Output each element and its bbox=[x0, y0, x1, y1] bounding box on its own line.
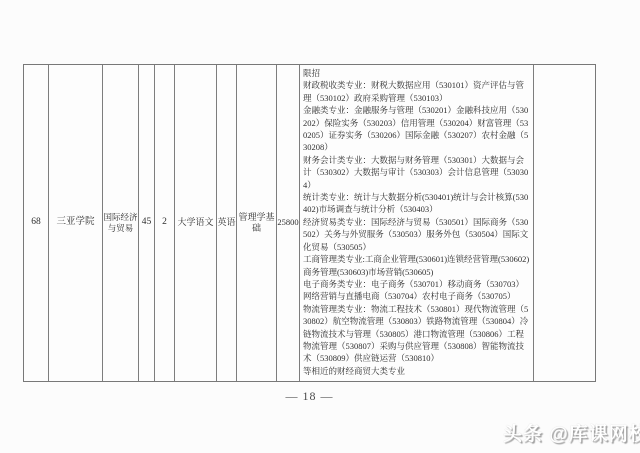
cell-remarks-empty bbox=[534, 65, 595, 381]
requirement-line: 经济贸易类专业：国际经济与贸易（530501）国际商务（530502）关务与外贸… bbox=[303, 216, 530, 253]
admission-table: 68 三亚学院 国际经济与贸易 45 2 大学语文 英语 管理学基础 25800… bbox=[23, 64, 596, 382]
exam-subject-3: 管理学基础 bbox=[237, 212, 276, 235]
requirement-line: 限招 bbox=[303, 67, 530, 79]
requirement-line: 财务会计类专业：大数据与财务管理（530301）大数据与会计（530302）大数… bbox=[303, 154, 530, 191]
major-name: 国际经济与贸易 bbox=[103, 212, 138, 235]
cell-college: 三亚学院 bbox=[49, 65, 103, 381]
cell-tuition: 25800 bbox=[277, 65, 300, 381]
requirement-line: 统计类专业：统计与大数据分析(530401)统计与会计核算(530402)市场调… bbox=[303, 191, 530, 216]
cell-exam-subject-2: 英语 bbox=[217, 65, 237, 381]
exam-subject-2: 英语 bbox=[217, 217, 235, 229]
cell-exam-subject-3: 管理学基础 bbox=[237, 65, 277, 381]
college-name: 三亚学院 bbox=[56, 217, 94, 229]
cell-exam-subject-1: 大学语文 bbox=[175, 65, 217, 381]
cell-duration: 2 bbox=[155, 65, 175, 381]
requirement-line: 电子商务类专业：电子商务（530701）移动商务（530703）网络营销与直播电… bbox=[303, 278, 530, 303]
cell-plan-count: 45 bbox=[139, 65, 155, 381]
watermark-text: 头条 @库课网校 bbox=[503, 419, 640, 446]
requirement-line: 工商管理类专业:工商企业管理(530601)连锁经营管理(530602)商务管理… bbox=[303, 253, 530, 278]
sequence-number: 68 bbox=[31, 217, 41, 229]
page-number: — 18 — bbox=[23, 389, 596, 404]
plan-count: 45 bbox=[142, 217, 152, 229]
requirement-line: 金融类专业：金融服务与管理（530201）金融科技应用（530202）保险实务（… bbox=[303, 104, 530, 154]
cell-major: 国际经济与贸易 bbox=[103, 65, 139, 381]
cell-sequence-number: 68 bbox=[24, 65, 49, 381]
requirement-line: 财政税收类专业：财税大数据应用（530101）资产评估与管理（530102）政府… bbox=[303, 79, 530, 104]
exam-subject-1: 大学语文 bbox=[177, 217, 213, 229]
tuition-fee: 25800 bbox=[277, 217, 298, 229]
requirement-line: 等相近的财经商贸大类专业 bbox=[303, 365, 530, 377]
cell-admission-requirements: 限招 财政税收类专业：财税大数据应用（530101）资产评估与管理（530102… bbox=[300, 65, 534, 381]
requirement-line: 物流管理类专业：物流工程技术（530801）现代物流管理（530802）航空物流… bbox=[303, 303, 530, 365]
duration-years: 2 bbox=[162, 217, 167, 229]
scanned-document-page: 68 三亚学院 国际经济与贸易 45 2 大学语文 英语 管理学基础 25800… bbox=[0, 0, 640, 453]
